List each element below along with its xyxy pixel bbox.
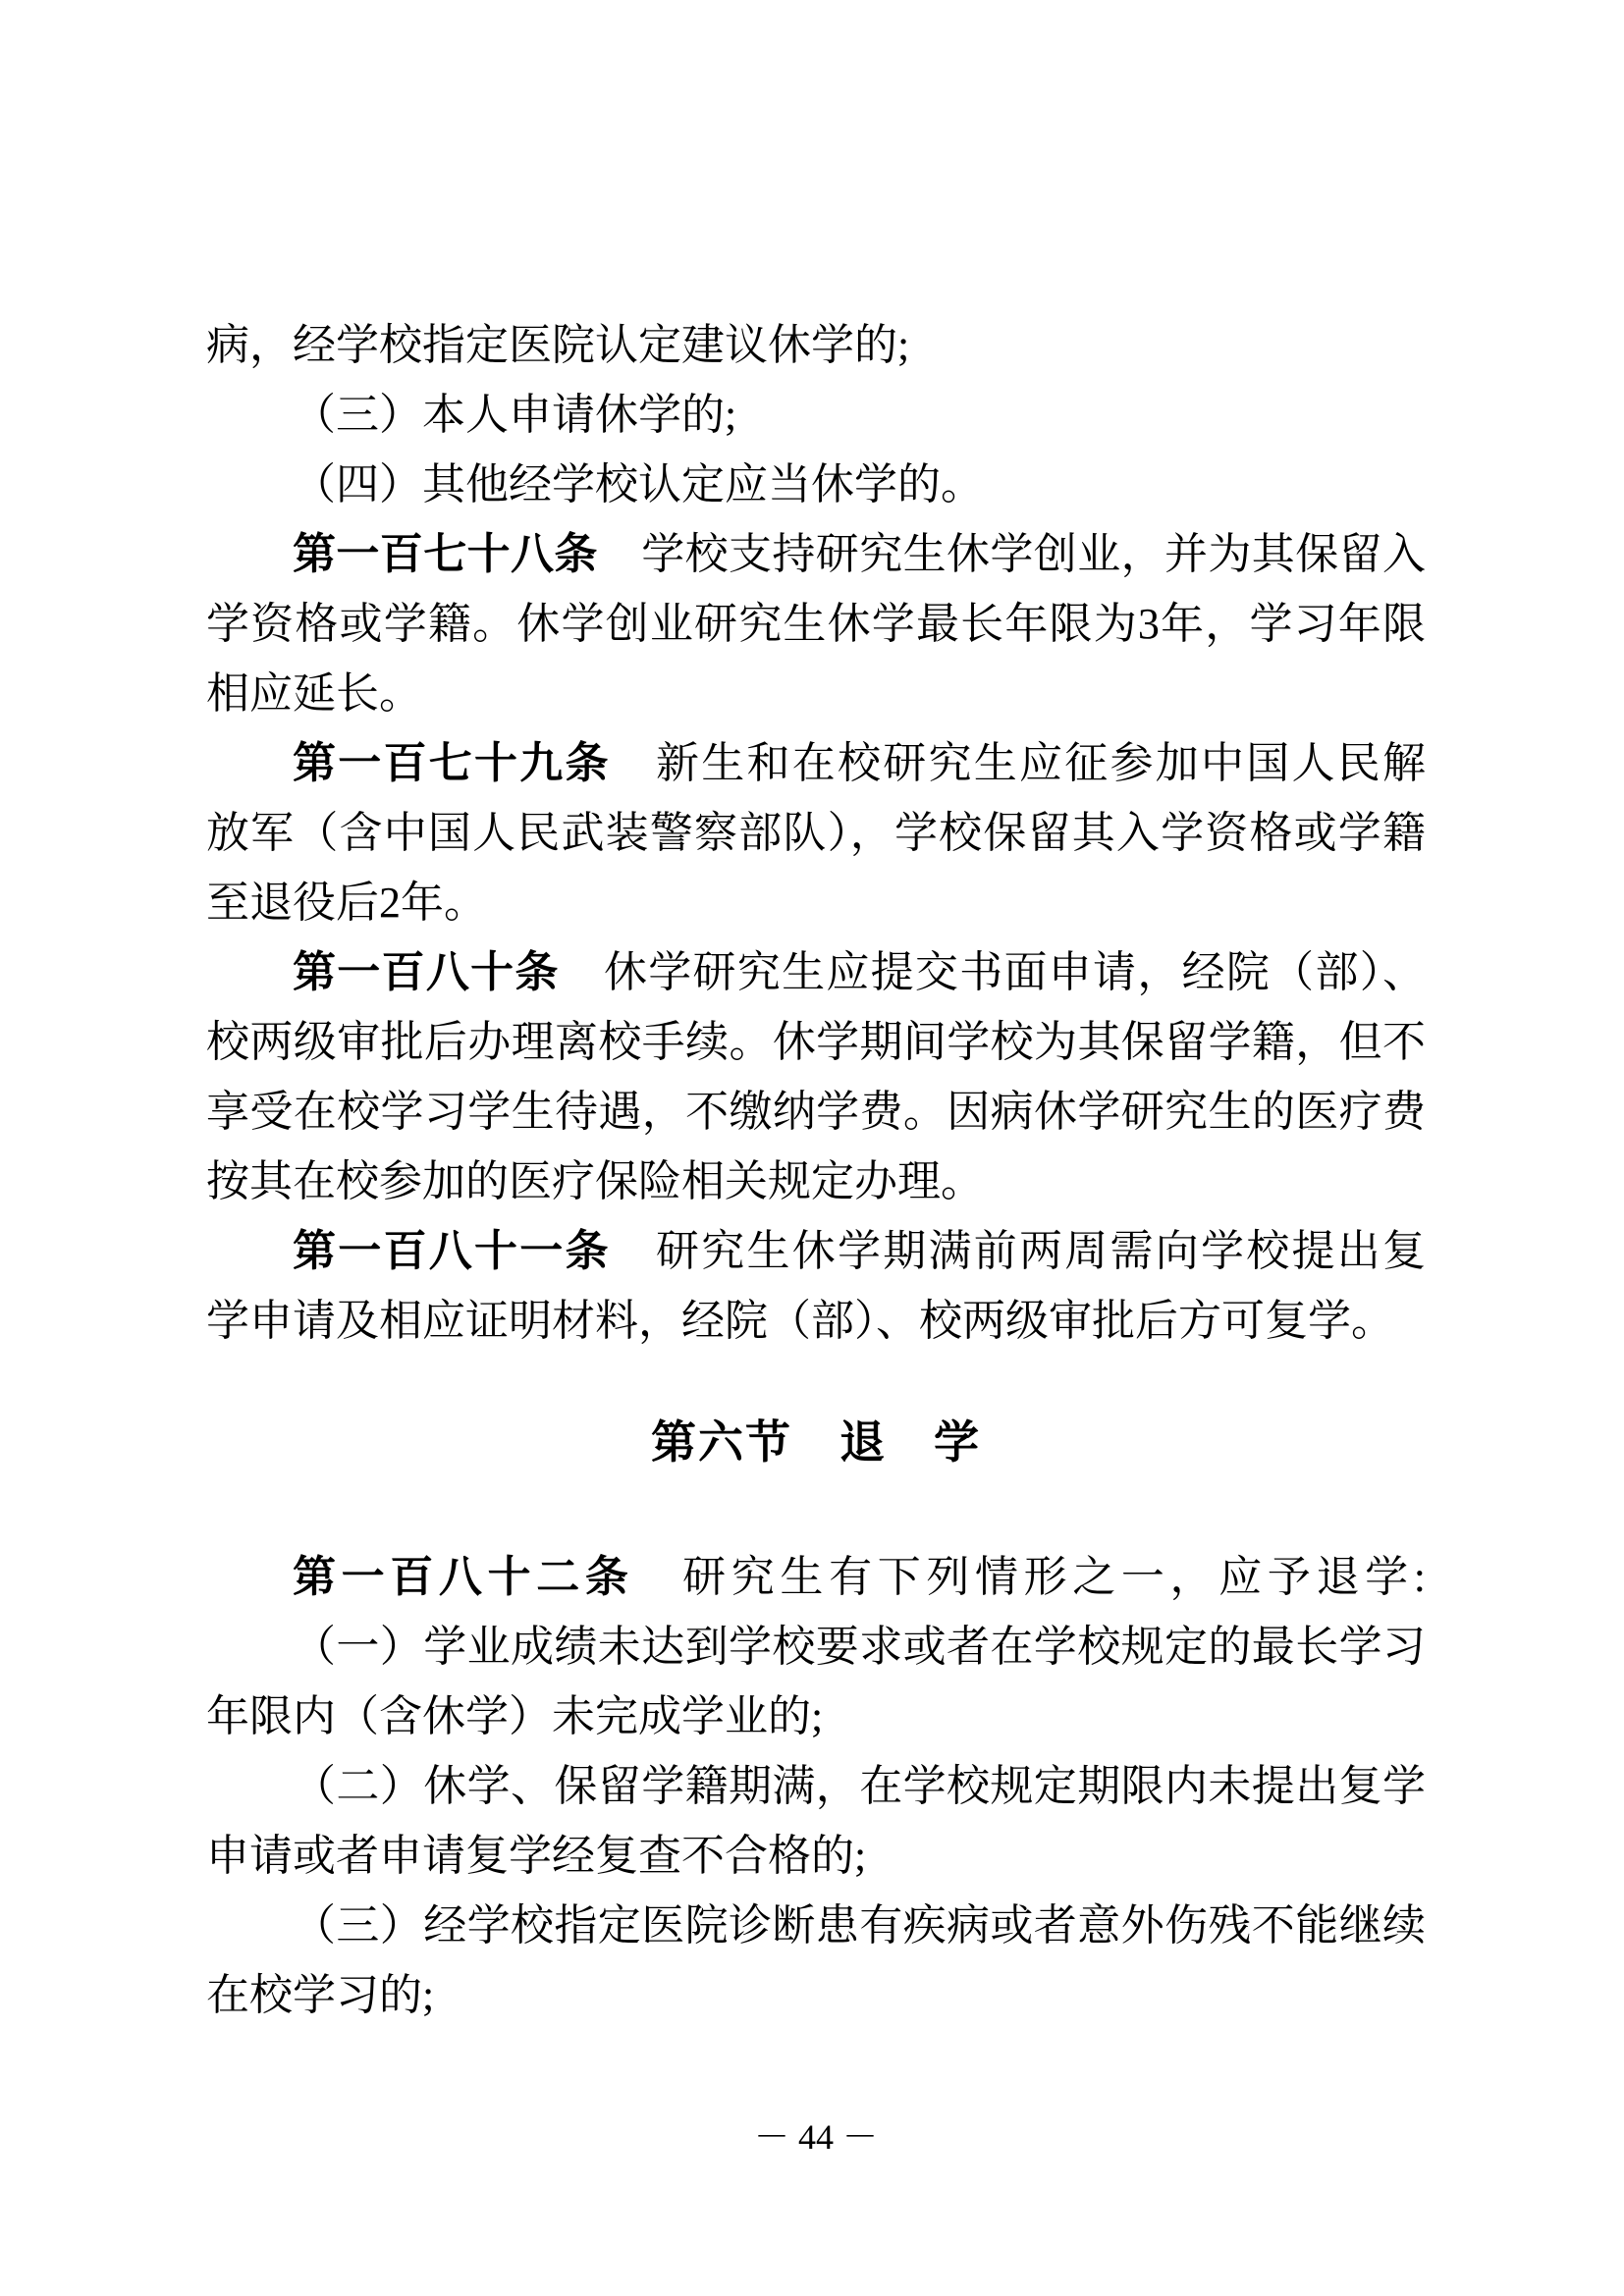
text-line: （二）休学、保留学籍期满，在学校规定期限内未提出复学	[206, 1751, 1426, 1821]
text-line: 第一百七十八条 学校支持研究生休学创业，并为其保留入	[206, 519, 1426, 589]
text-line: 申请或者申请复学经复查不合格的;	[206, 1821, 1426, 1891]
text-line: 年限内（含休学）未完成学业的;	[206, 1682, 1426, 1751]
line-text: 享受在校学习学生待遇，不缴纳学费。因病休学研究生的医疗费	[206, 1088, 1426, 1136]
line-text: 研究生休学期满前两周需向学校提出复	[611, 1227, 1426, 1275]
line-text: 按其在校参加的医疗保险相关规定办理。	[206, 1157, 984, 1205]
text-line: 学资格或学籍。休学创业研究生休学最长年限为3年，学习年限	[206, 589, 1426, 659]
line-text: 至退役后2年。	[206, 879, 487, 927]
text-line: （三）本人申请休学的;	[206, 380, 1426, 450]
document-page: 病，经学校指定医院认定建议休学的; （三）本人申请休学的; （四）其他经学校认定…	[0, 0, 1624, 2296]
text-line: 至退役后2年。	[206, 868, 1426, 937]
article-number: 第一百八十一条	[293, 1227, 611, 1275]
text-line: 校两级审批后办理离校手续。休学期间学校为其保留学籍，但不	[206, 1007, 1426, 1077]
line-text: 休学研究生应提交书面申请，经院（部）、	[560, 948, 1426, 996]
text-line: 享受在校学习学生待遇，不缴纳学费。因病休学研究生的医疗费	[206, 1077, 1426, 1147]
text-line: 在校学习的;	[206, 1960, 1426, 2030]
section-heading: 第六节 退 学	[206, 1408, 1426, 1477]
text-line: （三）经学校指定医院诊断患有疾病或者意外伤残不能继续	[206, 1891, 1426, 1960]
line-text: 在校学习的;	[206, 1971, 434, 2019]
text-line: 学申请及相应证明材料，经院（部）、校两级审批后方可复学。	[206, 1286, 1426, 1356]
line-text: （一）学业成绩未达到学校要求或者在学校规定的最长学习	[293, 1623, 1426, 1671]
article-number: 第一百七十八条	[293, 530, 598, 578]
line-text: 年限内（含休学）未完成学业的;	[206, 1692, 823, 1740]
line-text: 申请或者申请复学经复查不合格的;	[206, 1832, 866, 1880]
line-text: 新生和在校研究生应征参加中国人民解	[611, 739, 1426, 787]
text-line: （四）其他经学校认定应当休学的。	[206, 450, 1426, 519]
line-text: 放军（含中国人民武装警察部队），学校保留其入学资格或学籍	[206, 809, 1426, 857]
line-text: （三）本人申请休学的;	[293, 391, 736, 439]
line-text: （三）经学校指定医院诊断患有疾病或者意外伤残不能继续	[293, 1901, 1426, 1949]
text-line: 第一百八十条 休学研究生应提交书面申请，经院（部）、	[206, 937, 1426, 1007]
page-number: － 44 －	[206, 2112, 1426, 2162]
line-text: 校两级审批后办理离校手续。休学期间学校为其保留学籍，但不	[206, 1018, 1426, 1066]
text-line: 放军（含中国人民武装警察部队），学校保留其入学资格或学籍	[206, 798, 1426, 868]
text-line: 第一百八十二条 研究生有下列情形之一，应予退学:	[206, 1542, 1426, 1612]
text-line: 按其在校参加的医疗保险相关规定办理。	[206, 1147, 1426, 1216]
line-text: 相应延长。	[206, 669, 422, 718]
article-number: 第一百八十二条	[293, 1553, 634, 1601]
line-text: （四）其他经学校认定应当休学的。	[293, 460, 984, 508]
text-line: 相应延长。	[206, 659, 1426, 728]
text-line: （一）学业成绩未达到学校要求或者在学校规定的最长学习	[206, 1612, 1426, 1682]
line-text: （二）休学、保留学籍期满，在学校规定期限内未提出复学	[293, 1762, 1426, 1810]
text-line: 病，经学校指定医院认定建议休学的;	[206, 310, 1426, 380]
text-line: 第一百七十九条 新生和在校研究生应征参加中国人民解	[206, 728, 1426, 798]
line-text: 学资格或学籍。休学创业研究生休学最长年限为3年，学习年限	[206, 600, 1426, 648]
article-number: 第一百八十条	[293, 948, 560, 996]
text-line: 第一百八十一条 研究生休学期满前两周需向学校提出复	[206, 1216, 1426, 1286]
line-text: 研究生有下列情形之一，应予退学:	[634, 1553, 1427, 1601]
article-number: 第一百七十九条	[293, 739, 611, 787]
text-block: 病，经学校指定医院认定建议休学的; （三）本人申请休学的; （四）其他经学校认定…	[206, 310, 1426, 2030]
line-text: 学校支持研究生休学创业，并为其保留入	[598, 530, 1426, 578]
line-text: 病，经学校指定医院认定建议休学的;	[206, 321, 909, 369]
line-text: 学申请及相应证明材料，经院（部）、校两级审批后方可复学。	[206, 1297, 1394, 1345]
